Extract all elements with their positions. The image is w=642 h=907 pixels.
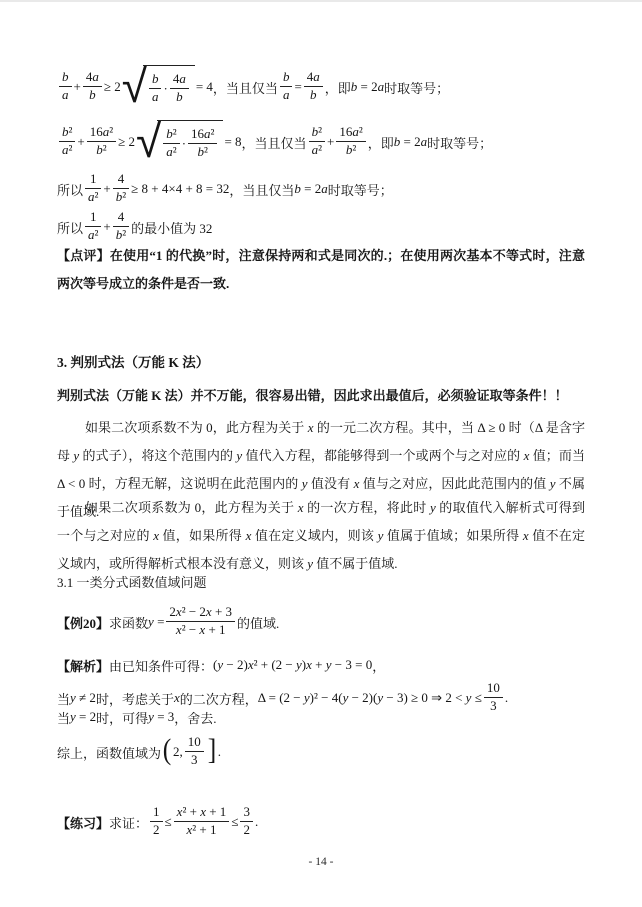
sum-inequality-line: 所以1a² + 4b² ≥ 8 + 4×4 + 8 = 32，当且仅当 b = … [57,170,585,208]
math-run: = 4 [196,79,213,95]
math-text: ，当且仅当 [242,133,307,152]
math-text: 所以 [57,218,83,237]
math-run: b = 2a [351,79,384,95]
math-run: ≥ 8 + 4×4 + 8 = 32 [131,181,229,197]
document-page: ba + 4ab ≥ 2√ba · 4ab = 4，当且仅当ba = 4ab，即… [0,0,642,907]
math-run: b = 2a [394,134,427,150]
fraction: 16a²b² [87,125,116,158]
fraction: x² + x + 1x² + 1 [174,805,230,838]
math-text: 由已知条件可得： [109,656,213,675]
comment-paragraph: 【点评】在使用“1 的代换”时，注意保持两和式是同次的.；在使用两次基本不等式时… [57,242,585,298]
math-text: ，即 [368,133,394,152]
page-number: - 14 - [0,856,642,868]
fraction: b²a² [59,125,75,158]
fraction: 4ab [170,72,189,105]
math-text: 综上，函数值域为 [57,743,161,762]
math-run: · [163,81,167,97]
math-run: ≤ [231,814,238,830]
math-run: b = 2a [294,181,327,197]
math-run: ≤ [165,814,172,830]
math-run: · [182,136,186,152]
fraction: 4b² [113,172,129,205]
fraction: 2x² − 2x + 3x² − x + 1 [166,605,235,638]
fraction: ba [280,70,293,103]
math-run: ≥ 2 [104,79,121,95]
practice-line: 【练习】求证： 12 ≤ x² + x + 1x² + 1 ≤ 32 . [57,798,585,846]
math-run: y = 2 [70,709,96,725]
fraction: 4ab [304,70,323,103]
fraction: 32 [240,805,253,838]
big-delimiter: ( [163,735,172,765]
math-text: ，舍去. [174,708,216,727]
math-run: + [327,134,334,150]
math-run: 2, [173,744,183,760]
fraction: 1a² [85,210,101,243]
fraction: b²a² [309,125,325,158]
math-text: 的最小值为 32 [131,218,212,237]
math-text: 时取等号； [328,180,393,199]
fraction: ba [149,72,162,105]
fraction: 1a² [85,172,101,205]
section-3-heading: 3. 判别式法（万能 K 法） [57,351,585,371]
math-run: + [74,79,81,95]
big-delimiter: ] [208,735,217,765]
math-text: 求证： [109,813,148,832]
bracket-label: 【例20】 [57,613,109,632]
fraction: 16a²b² [336,125,365,158]
square-root: √ba · 4ab [122,65,195,109]
section-3-1-heading: 3.1 一类分式函数值域问题 [57,572,585,591]
example-20-line: 【例20】求函数 y = 2x² − 2x + 3x² − x + 1 的值域. [57,598,585,646]
math-run: + [103,219,110,235]
math-text: ，即 [325,78,351,97]
inequality-line-2: b²a² + 16a²b² ≥ 2√b²a² · 16a²b² = 8，当且仅当… [57,114,585,170]
fraction: 103 [185,735,204,768]
paragraph-linear-case: 如果二次项系数为 0，此方程为关于 x 的一次方程，将此时 y 的取值代入解析式… [57,494,585,578]
y-equals-2-line: 当 y = 2 时，可得 y = 3，舍去. [57,704,585,730]
math-run: + [77,134,84,150]
minimum-value-line: 所以1a² + 4b² 的最小值为 32 [57,208,585,246]
math-text: . [218,744,221,760]
math-text: 时取等号； [384,78,449,97]
fraction: b²a² [163,127,179,160]
bracket-label: 【解析】 [57,656,109,675]
math-run: y = [148,614,164,630]
math-text: ，当且仅当 [213,78,278,97]
math-text: 的值域. [237,613,279,632]
fraction: 12 [150,805,163,838]
math-text: 时，可得 [96,708,148,727]
fraction: ba [59,70,72,103]
conclusion-line: 综上，函数值域为(2, 103]. [57,730,585,774]
math-run: = 8 [224,134,241,150]
fraction: 4ab [83,70,102,103]
square-root: √b²a² · 16a²b² [136,120,223,164]
math-text: ， [372,656,385,675]
math-text: . [255,814,258,830]
math-run: ≥ 2 [118,134,135,150]
math-text: 所以 [57,180,83,199]
math-text: 当 [57,708,70,727]
inequality-line-1: ba + 4ab ≥ 2√ba · 4ab = 4，当且仅当ba = 4ab，即… [57,60,585,114]
math-run: y = 3 [148,709,174,725]
warning-paragraph: 判别式法（万能 K 法）并不万能，很容易出错，因此求出最值后，必须验证取等条件！… [57,382,585,410]
math-text: ，当且仅当 [229,180,294,199]
bracket-label: 【练习】 [57,813,109,832]
math-run: (y − 2)x² + (2 − y)x + y − 3 = 0 [213,657,372,673]
analysis-line: 【解析】由已知条件可得：(y − 2)x² + (2 − y)x + y − 3… [57,650,585,680]
math-text: 求函数 [109,613,148,632]
math-run: + [103,181,110,197]
fraction: 16a²b² [188,127,217,160]
math-run: = [294,79,301,95]
fraction: 4b² [113,210,129,243]
math-text: 时取等号； [427,133,492,152]
